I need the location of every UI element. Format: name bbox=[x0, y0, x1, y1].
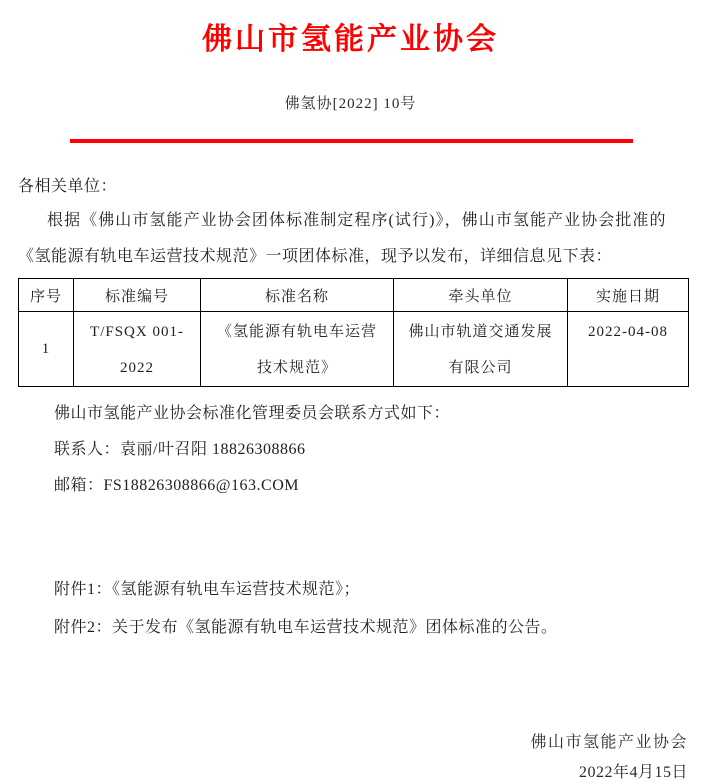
footer-block: 佛山市氢能产业协会 2022年4月15日 bbox=[530, 728, 688, 784]
table-row: 1 T/FSQX 001-2022 《氢能源有轨电车运营技术规范》 佛山市轨道交… bbox=[19, 312, 689, 387]
header-lead-org: 牵头单位 bbox=[394, 279, 568, 312]
contact-person: 联系人：袁丽/叶召阳 18826308866 bbox=[54, 432, 450, 468]
table-header-row: 序号 标准编号 标准名称 牵头单位 实施日期 bbox=[19, 279, 689, 312]
signature: 佛山市氢能产业协会 bbox=[530, 728, 688, 758]
doc-number: 佛氢协[2022] 10号 bbox=[0, 92, 701, 113]
standards-table: 序号 标准编号 标准名称 牵头单位 实施日期 1 T/FSQX 001-2022… bbox=[18, 278, 689, 387]
contact-intro: 佛山市氢能产业协会标准化管理委员会联系方式如下： bbox=[54, 396, 450, 432]
header-serial: 序号 bbox=[19, 279, 74, 312]
header-standard-code: 标准编号 bbox=[74, 279, 201, 312]
page-title: 佛山市氢能产业协会 bbox=[0, 14, 701, 58]
contact-email: 邮箱：FS18826308866@163.COM bbox=[54, 468, 450, 504]
cell-impl-date: 2022-04-08 bbox=[568, 312, 689, 387]
header-standard-name: 标准名称 bbox=[201, 279, 394, 312]
cell-serial: 1 bbox=[19, 312, 74, 387]
cell-standard-name: 《氢能源有轨电车运营技术规范》 bbox=[201, 312, 394, 387]
cell-lead-org: 佛山市轨道交通发展有限公司 bbox=[394, 312, 568, 387]
document-page: 佛山市氢能产业协会 佛氢协[2022] 10号 各相关单位： 根据《佛山市氢能产… bbox=[0, 0, 701, 784]
attachment-2: 附件2：关于发布《氢能源有轨电车运营技术规范》团体标准的公告。 bbox=[54, 614, 558, 637]
cell-standard-code: T/FSQX 001-2022 bbox=[74, 312, 201, 387]
contact-block: 佛山市氢能产业协会标准化管理委员会联系方式如下： 联系人：袁丽/叶召阳 1882… bbox=[54, 396, 450, 504]
salutation: 各相关单位： bbox=[18, 173, 117, 196]
attachment-1: 附件1：《氢能源有轨电车运营技术规范》； bbox=[54, 576, 360, 599]
header-impl-date: 实施日期 bbox=[568, 279, 689, 312]
signature-date: 2022年4月15日 bbox=[530, 758, 688, 784]
body-paragraph: 根据《佛山市氢能产业协会团体标准制定程序(试行)》，佛山市氢能产业协会批准的《氢… bbox=[18, 203, 666, 275]
red-divider-line bbox=[70, 139, 633, 143]
